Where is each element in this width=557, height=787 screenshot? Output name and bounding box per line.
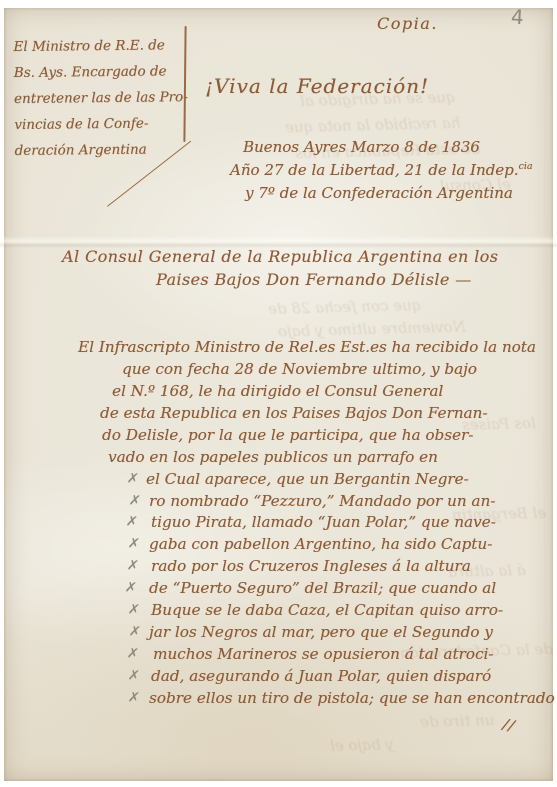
dateline-place-date: Buenos Ayres Marzo 8 de 1836 <box>243 138 480 156</box>
x-mark: ✗ <box>127 535 141 552</box>
margin-note-line: entretener las de las Pro- <box>14 84 196 112</box>
x-mark: ✗ <box>126 645 140 662</box>
dateline-era-main: Año 27 de la Libertad, 21 de la Indep. <box>230 161 518 179</box>
body-line: ✗rado por los Cruzeros Ingleses á la alt… <box>0 557 557 579</box>
x-mark: ✗ <box>127 601 141 618</box>
body-line-text: rado por los Cruzeros Ingleses á la altu… <box>151 557 471 575</box>
manuscript-scan: que se ha dirigido al ha recibido la not… <box>0 0 557 787</box>
body-line-text: muchos Marineros se opusieron á tal atro… <box>153 645 493 663</box>
copy-label: Copia. <box>377 14 438 33</box>
x-mark: ✗ <box>127 689 141 706</box>
body-line-text: de esta Republica en los Paises Bajos Do… <box>100 404 487 422</box>
margin-note-line: vincias de la Confe- <box>14 110 196 138</box>
body-line-text: sobre ellos un tiro de pistola; que se h… <box>149 689 555 707</box>
body-line-text: el N.º 168, le ha dirigido el Consul Gen… <box>112 382 443 400</box>
body-line: El Infrascripto Ministro de Rel.es Est.e… <box>0 338 557 360</box>
body-line-text: El Infrascripto Ministro de Rel.es Est.e… <box>78 338 536 356</box>
federation-motto: ¡Viva la Federación! <box>205 74 429 98</box>
body-line-text: tiguo Pirata, llamado “Juan Polar,” que … <box>151 513 496 531</box>
body-line: de esta Republica en los Paises Bajos Do… <box>0 404 557 426</box>
body-line: do Delisle, por la que le participa, que… <box>0 426 557 448</box>
x-mark: ✗ <box>127 667 141 684</box>
body-line: ✗el Cual aparece, que un Bergantin Negre… <box>0 470 557 492</box>
page-number: 4 <box>510 5 524 30</box>
body-line-text: dad, asegurando á Juan Polar, quien disp… <box>151 667 491 685</box>
body-line: ✗sobre ellos un tiro de pistola; que se … <box>0 689 557 711</box>
x-mark: ✗ <box>128 623 142 640</box>
body-line: ✗de “Puerto Seguro” del Brazil; que cuan… <box>0 579 557 601</box>
body-line: vado en los papeles publicos un parrafo … <box>0 448 557 470</box>
x-mark: ✗ <box>126 557 140 574</box>
x-mark: ✗ <box>128 492 142 509</box>
dateline-confederation-year: y 7º de la Confederación Argentina <box>245 184 513 202</box>
salutation-line: Al Consul General de la Republica Argent… <box>62 247 498 266</box>
body-line-text: gaba con pabellon Argentino, ha sido Cap… <box>149 535 492 553</box>
salutation-line: Paises Bajos Don Fernando Délisle — <box>156 270 472 289</box>
body-line-text: que con fecha 28 de Noviembre ultimo, y … <box>122 360 477 378</box>
margin-note: El Ministro de R.E. de Bs. Ays. Encargad… <box>13 32 196 164</box>
margin-note-line: Bs. Ays. Encargado de <box>14 58 196 86</box>
margin-note-line: deración Argentina <box>14 136 196 164</box>
body-line: ✗gaba con pabellon Argentino, ha sido Ca… <box>0 535 557 557</box>
body-line: ✗Buque se le daba Caza, el Capitan quiso… <box>0 601 557 623</box>
dateline-era-superscript: cia <box>518 161 532 172</box>
x-mark: ✗ <box>124 579 138 596</box>
body-line-text: ro nombrado “Pezzuro,” Mandado por un an… <box>149 492 495 510</box>
x-mark: ✗ <box>126 470 140 487</box>
body-line-text: vado en los papeles publicos un parrafo … <box>108 448 438 466</box>
body-line-text: de “Puerto Seguro” del Brazil; que cuand… <box>149 579 496 597</box>
body-line-text: Buque se le daba Caza, el Capitan quiso … <box>151 601 503 619</box>
body-line: ✗jar los Negros al mar, pero que el Segu… <box>0 623 557 645</box>
body-line-text: el Cual aparece, que un Bergantin Negre- <box>146 470 469 488</box>
body-line: que con fecha 28 de Noviembre ultimo, y … <box>0 360 557 382</box>
body-line: ✗tiguo Pirata, llamado “Juan Polar,” que… <box>0 513 557 535</box>
x-mark: ✗ <box>125 513 139 530</box>
body-line: el N.º 168, le ha dirigido el Consul Gen… <box>0 382 557 404</box>
margin-note-line: El Ministro de R.E. de <box>13 32 195 60</box>
body-line: ✗muchos Marineros se opusieron á tal atr… <box>0 645 557 667</box>
body-line-text: do Delisle, por la que le participa, que… <box>102 426 473 444</box>
body-line-text: jar los Negros al mar, pero que el Segun… <box>149 623 493 641</box>
body-line: ✗dad, asegurando á Juan Polar, quien dis… <box>0 667 557 689</box>
dateline-era: Año 27 de la Libertad, 21 de la Indep.ci… <box>230 161 533 179</box>
body-line: ✗ro nombrado “Pezzuro,” Mandado por un a… <box>0 492 557 514</box>
